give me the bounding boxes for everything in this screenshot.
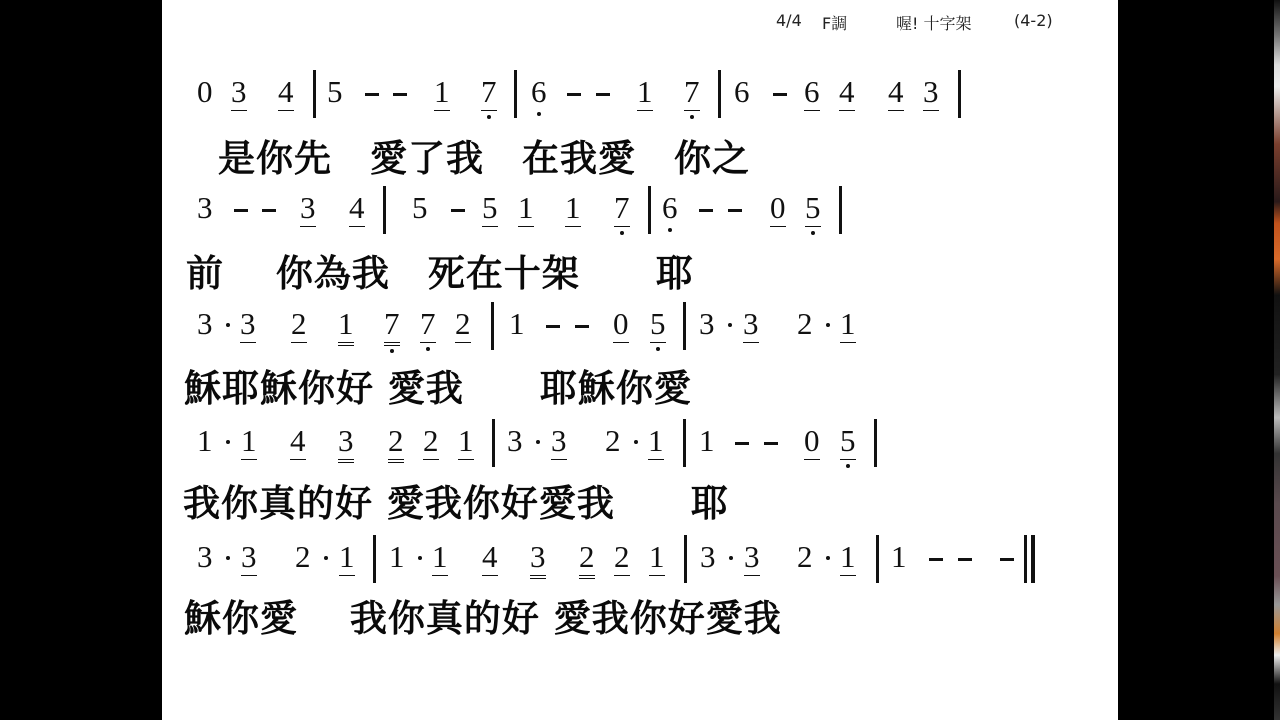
note: 3 [743, 308, 759, 339]
sustain-dash [365, 93, 379, 96]
lyric-line-4: 我你真的好 愛我你好愛我 耶 [183, 485, 729, 522]
barline [958, 70, 961, 118]
note: 5 [840, 425, 856, 456]
note: 3 [338, 425, 354, 456]
note: 3 [551, 425, 567, 456]
note: 7 [684, 76, 700, 107]
notation-line-3: 33217721053321 [0, 306, 1280, 362]
note: 5 [412, 192, 428, 223]
note: 1 [509, 308, 525, 339]
lyric-line-1: 是你先 愛了我 在我愛 你之 [218, 140, 750, 177]
note: 3 [699, 308, 715, 339]
note: 6 [804, 76, 820, 107]
note: 1 [432, 541, 448, 572]
note: 0 [770, 192, 786, 223]
note: 1 [840, 541, 856, 572]
note: 4 [839, 76, 855, 107]
note: 6 [662, 192, 678, 223]
note: 1 [434, 76, 450, 107]
note: 1 [891, 541, 907, 572]
sustain-dash [567, 93, 581, 96]
page-part: (4-2) [1014, 11, 1053, 30]
augmentation-dot [536, 440, 540, 444]
augmentation-dot [826, 556, 830, 560]
barline [648, 186, 651, 234]
note: 6 [734, 76, 750, 107]
barline [313, 70, 316, 118]
lyric-line-3: 穌耶穌你好 愛我 耶穌你愛 [184, 370, 692, 407]
note: 2 [797, 308, 813, 339]
note: 5 [327, 76, 343, 107]
note: 1 [649, 541, 665, 572]
note: 2 [295, 541, 311, 572]
time-signature: 4/4 [776, 11, 802, 30]
note: 0 [197, 76, 213, 107]
note: 2 [797, 541, 813, 572]
note: 3 [197, 308, 213, 339]
note: 1 [458, 425, 474, 456]
augmentation-dot [728, 323, 732, 327]
lyric-line-5: 穌你愛 我你真的好 愛我你好愛我 [184, 600, 782, 637]
sustain-dash [929, 558, 943, 561]
sustain-dash [728, 209, 742, 212]
augmentation-dot [826, 323, 830, 327]
sustain-dash [958, 558, 972, 561]
note: 4 [278, 76, 294, 107]
note: 0 [613, 308, 629, 339]
augmentation-dot [418, 556, 422, 560]
note: 4 [888, 76, 904, 107]
note: 5 [650, 308, 666, 339]
sustain-dash [699, 209, 713, 212]
note: 0 [804, 425, 820, 456]
barline [876, 535, 879, 583]
barline [492, 419, 495, 467]
note: 1 [637, 76, 653, 107]
note: 1 [197, 425, 213, 456]
sustain-dash [735, 442, 749, 445]
augmentation-dot [634, 440, 638, 444]
augmentation-dot [226, 440, 230, 444]
barline [373, 535, 376, 583]
sustain-dash [1000, 558, 1014, 561]
augmentation-dot [729, 556, 733, 560]
barline [683, 419, 686, 467]
note: 2 [614, 541, 630, 572]
note: 3 [744, 541, 760, 572]
augmentation-dot [226, 556, 230, 560]
note: 3 [530, 541, 546, 572]
note: 1 [339, 541, 355, 572]
final-barline [1024, 535, 1027, 583]
note: 7 [384, 308, 400, 339]
note: 1 [840, 308, 856, 339]
sustain-dash [234, 209, 248, 212]
note: 2 [291, 308, 307, 339]
note: 7 [420, 308, 436, 339]
note: 2 [388, 425, 404, 456]
note: 3 [231, 76, 247, 107]
note: 3 [300, 192, 316, 223]
note: 2 [579, 541, 595, 572]
barline [514, 70, 517, 118]
note: 3 [700, 541, 716, 572]
note: 3 [197, 541, 213, 572]
notation-line-1: 03451761766443 [0, 74, 1280, 130]
sustain-dash [764, 442, 778, 445]
note: 1 [389, 541, 405, 572]
key-signature: F調 [822, 11, 847, 34]
note: 2 [455, 308, 471, 339]
sustain-dash [451, 209, 465, 212]
sustain-dash [596, 93, 610, 96]
note: 5 [482, 192, 498, 223]
barline [491, 302, 494, 350]
note: 4 [482, 541, 498, 572]
final-barline-thick [1031, 535, 1035, 583]
barline [839, 186, 842, 234]
sustain-dash [393, 93, 407, 96]
notation-line-5: 3321114322133211 [0, 539, 1280, 595]
note: 3 [507, 425, 523, 456]
note: 4 [349, 192, 365, 223]
note: 7 [481, 76, 497, 107]
note: 5 [805, 192, 821, 223]
barline [683, 302, 686, 350]
barline [718, 70, 721, 118]
sustain-dash [546, 325, 560, 328]
augmentation-dot [226, 323, 230, 327]
lyric-line-2: 前 你為我 死在十架 耶 [186, 255, 694, 292]
barline [874, 419, 877, 467]
notation-line-4: 11432213321105 [0, 423, 1280, 479]
note: 1 [699, 425, 715, 456]
sustain-dash [262, 209, 276, 212]
barline [684, 535, 687, 583]
sustain-dash [773, 93, 787, 96]
note: 1 [241, 425, 257, 456]
note: 7 [614, 192, 630, 223]
note: 3 [241, 541, 257, 572]
note: 1 [518, 192, 534, 223]
notation-line-2: 33455117605 [0, 190, 1280, 246]
note: 3 [923, 76, 939, 107]
note: 6 [531, 76, 547, 107]
barline [383, 186, 386, 234]
note: 4 [290, 425, 306, 456]
song-title: 喔! 十字架 [896, 11, 972, 34]
note: 2 [605, 425, 621, 456]
augmentation-dot [324, 556, 328, 560]
note: 1 [648, 425, 664, 456]
note: 2 [423, 425, 439, 456]
note: 1 [565, 192, 581, 223]
sustain-dash [575, 325, 589, 328]
note: 1 [338, 308, 354, 339]
note: 3 [197, 192, 213, 223]
note: 3 [240, 308, 256, 339]
